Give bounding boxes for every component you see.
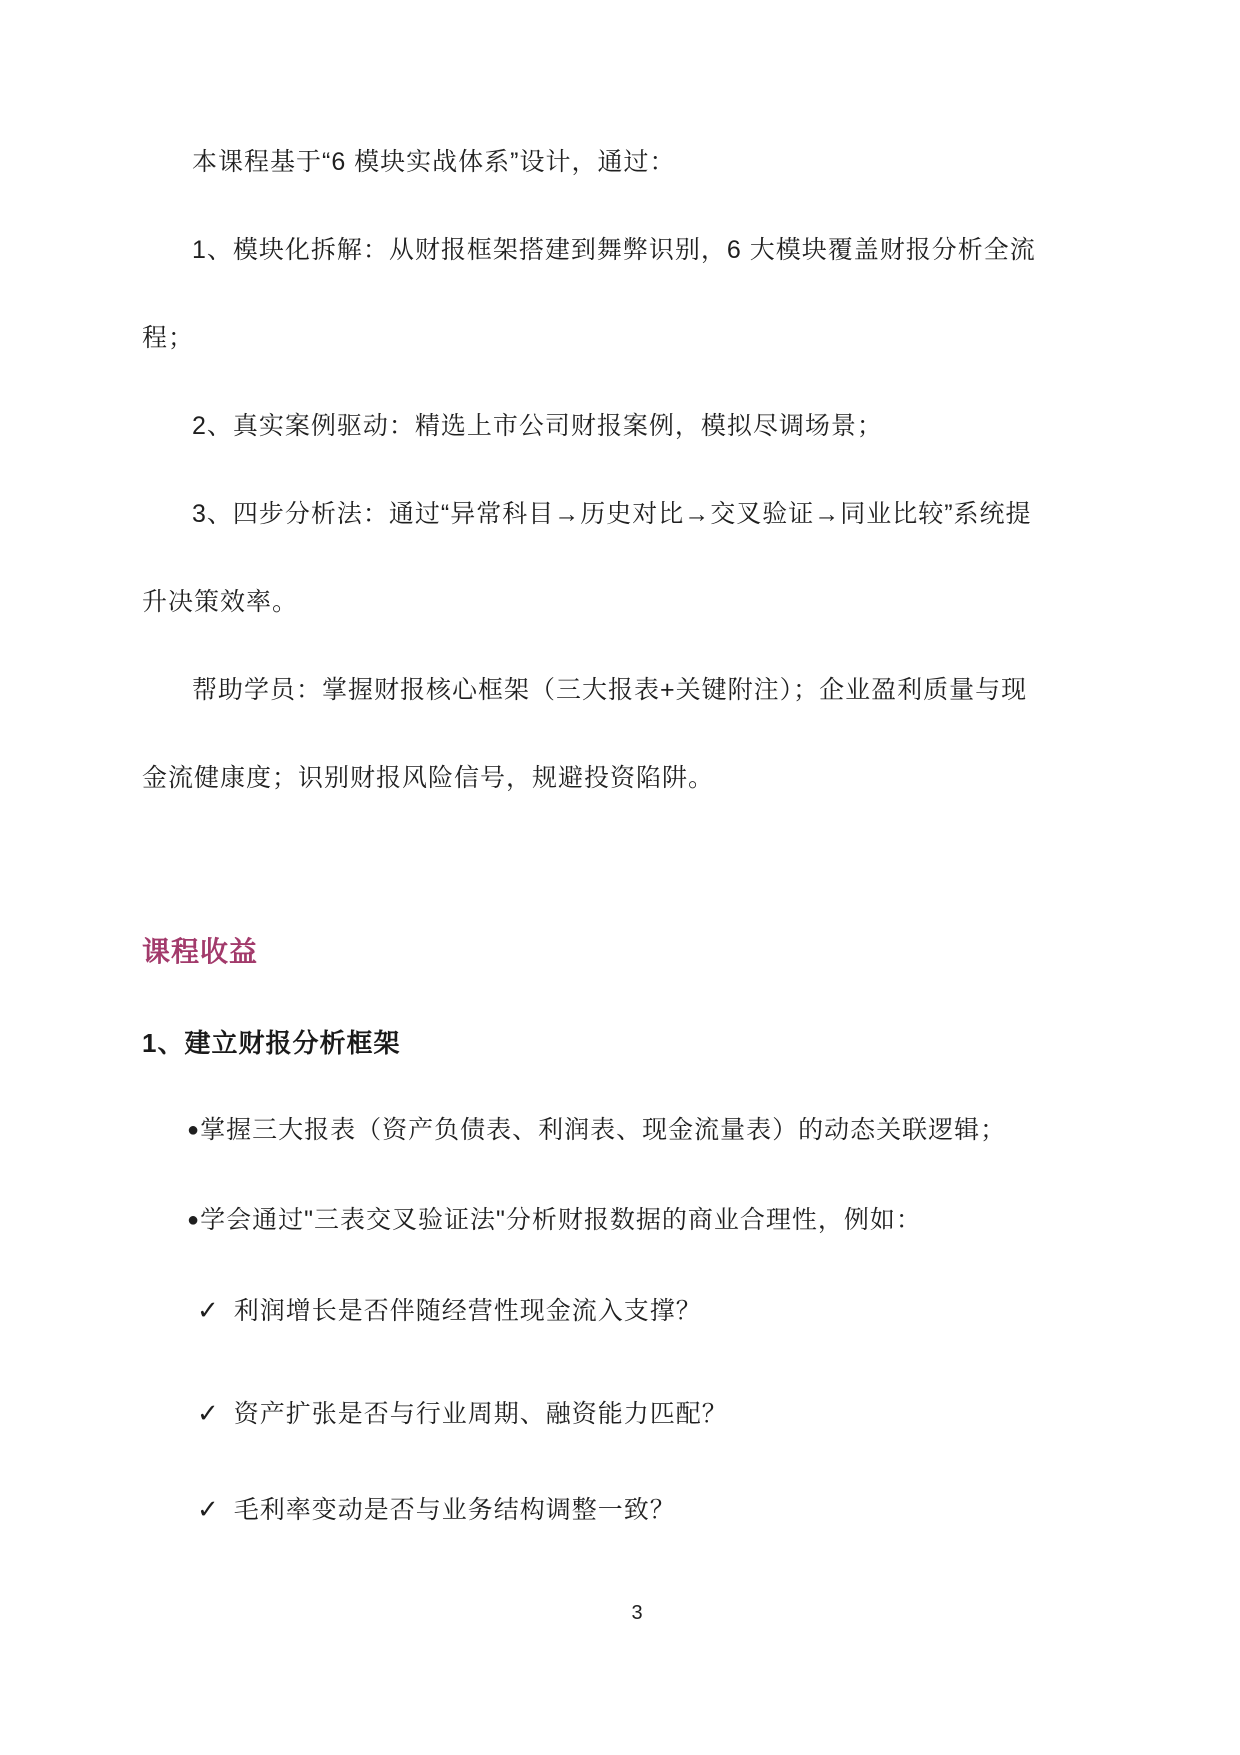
checkmark-icon: ✓ — [197, 1465, 220, 1553]
checklist-item: ✓资产扩张是否与行业周期、融资能力匹配？ — [142, 1369, 1075, 1458]
page-number: 3 — [0, 1602, 1240, 1625]
bullet-icon: ● — [187, 1209, 200, 1231]
checklist-text: 资产扩张是否与行业周期、融资能力匹配？ — [234, 1400, 728, 1428]
document-page: 本课程基于“6 模块实战体系”设计，通过： 1、模块化拆解：从财报框架搭建到舞弊… — [0, 0, 1240, 1755]
checklist-item: ✓利润增长是否伴随经营性现金流入支撑？ — [142, 1266, 1075, 1355]
checkmark-icon: ✓ — [197, 1369, 220, 1457]
bullet-text: 掌握三大报表（资产负债表、利润表、现金流量表）的动态关联逻辑； — [200, 1116, 1006, 1144]
bullet-item: ●掌握三大报表（资产负债表、利润表、现金流量表）的动态关联逻辑； — [142, 1086, 1075, 1174]
design-point-2: 2、真实案例驱动：精选上市公司财报案例，模拟尽调场景； — [142, 382, 1075, 470]
design-point-3: 3、四步分析法：通过“异常科目→历史对比→交叉验证→同业比较”系统提 升决策效率… — [142, 470, 1075, 646]
intro-paragraph: 本课程基于“6 模块实战体系”设计，通过： — [142, 118, 1075, 206]
bullet-icon: ● — [187, 1119, 200, 1141]
checklist-text: 利润增长是否伴随经营性现金流入支撑？ — [234, 1297, 702, 1325]
bullet-item: ●学会通过"三表交叉验证法"分析财报数据的商业合理性，例如： — [142, 1176, 1075, 1264]
checklist-item: ✓毛利率变动是否与业务结构调整一致？ — [142, 1465, 1075, 1554]
checkmark-icon: ✓ — [197, 1266, 220, 1354]
benefits-heading: 课程收益 — [142, 926, 1075, 978]
summary-paragraph: 帮助学员：掌握财报核心框架（三大报表+关键附注）；企业盈利质量与现 金流健康度；… — [142, 646, 1075, 822]
document-content: 本课程基于“6 模块实战体系”设计，通过： 1、模块化拆解：从财报框架搭建到舞弊… — [0, 0, 1240, 1554]
checklist-text: 毛利率变动是否与业务结构调整一致？ — [234, 1496, 676, 1524]
bullet-text: 学会通过"三表交叉验证法"分析财报数据的商业合理性，例如： — [200, 1206, 922, 1234]
design-point-1: 1、模块化拆解：从财报框架搭建到舞弊识别，6 大模块覆盖财报分析全流 程； — [142, 206, 1075, 382]
benefit-section-title: 1、建立财报分析框架 — [142, 1014, 1075, 1072]
